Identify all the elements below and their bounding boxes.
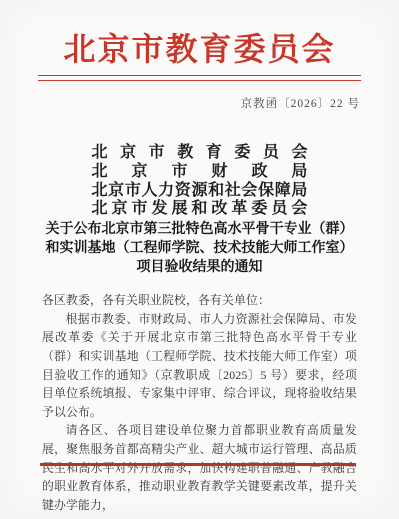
notice-title-line: 关于公布北京市第三批特色高水平骨干专业（群） xyxy=(0,220,399,239)
body-paragraph: 根据市教委、市财政局、市人力资源社会保障局、市发展改革委《关于开展北京市第三批特… xyxy=(42,310,357,422)
notice-title-line: 和实训基地（工程师学院、技术技能大师工作室） xyxy=(0,239,399,258)
salutation-line: 各区教委，各有关职业院校，各有关单位： xyxy=(42,291,357,310)
document-number: 京教函〔2026〕22 号 xyxy=(0,97,360,111)
letterhead-double-rule xyxy=(38,75,361,81)
issuing-agency-line: 北京市教育委员会 xyxy=(92,144,308,163)
notice-title: 关于公布北京市第三批特色高水平骨干专业（群） 和实训基地（工程师学院、技术技能大… xyxy=(0,220,399,277)
notice-title-line: 项目验收结果的通知 xyxy=(0,258,399,277)
body-paragraph: 请各区、各项目建设单位聚力首都职业教育高质量发展，聚焦服务首都高精尖产业、超大城… xyxy=(42,421,357,514)
issuing-agencies-block: 北京市教育委员会 北京市财政局 北京市人力资源和社会保障局 北京市发展和改革委员… xyxy=(92,144,308,219)
issuing-agency-line: 北京市财政局 xyxy=(92,163,308,182)
letterhead-agency-name: 北京市教育委员会 xyxy=(0,0,399,68)
issuing-agency-line: 北京市发展和改革委员会 xyxy=(92,200,308,219)
page-bottom-red-rule xyxy=(40,463,356,466)
issuing-agency-line: 北京市人力资源和社会保障局 xyxy=(92,182,308,201)
notice-body: 各区教委，各有关职业院校，各有关单位： 根据市教委、市财政局、市人力资源社会保障… xyxy=(42,291,357,514)
scanned-official-document: 北京市教育委员会 京教函〔2026〕22 号 北京市教育委员会 北京市财政局 北… xyxy=(0,0,399,519)
